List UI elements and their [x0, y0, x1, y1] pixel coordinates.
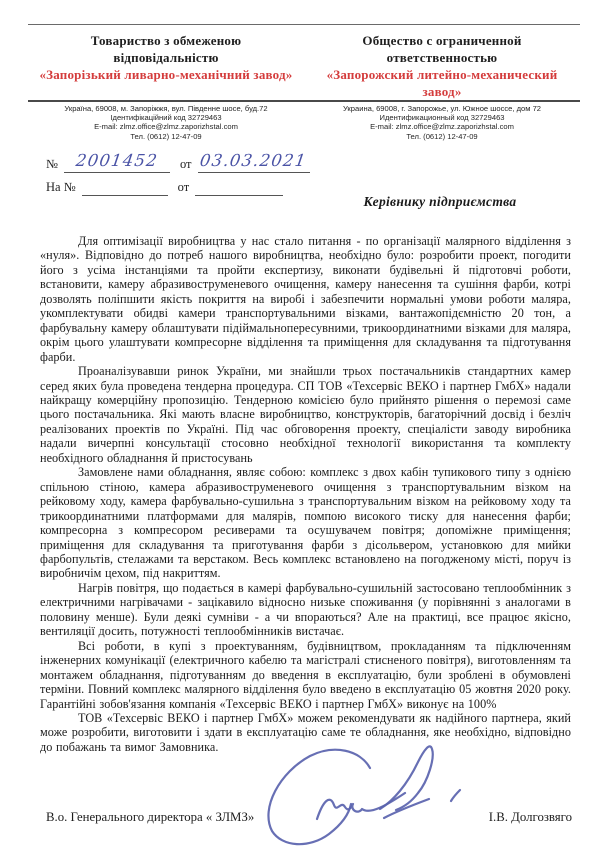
- reply-number-field: [82, 174, 168, 196]
- company-block-ukrainian: Товариство з обмеженою відповідальністю …: [28, 32, 304, 100]
- signer-name: І.В. Долгозвяго: [489, 810, 576, 825]
- outgoing-date-field: 03.03.2021: [198, 151, 310, 173]
- letterhead: Товариство з обмеженою відповідальністю …: [28, 32, 580, 100]
- reply-date-field: [195, 174, 283, 196]
- outgoing-number-field: 2001452: [64, 151, 170, 173]
- letter-body: Для оптимізації виробництва у нас стало …: [40, 234, 571, 754]
- company-type-ru: Общество с ограниченной ответственностью: [314, 32, 570, 66]
- address-uk: Україна, 69008, м. Запоріжжя, вул. Півде…: [32, 104, 300, 113]
- company-name-uk: «Запорізький ливарно-механічний завод»: [38, 66, 294, 83]
- outgoing-number-row: № 2001452 от 03.03.2021: [46, 150, 326, 173]
- scanned-letter-page: Товариство з обмеженою відповідальністю …: [0, 0, 609, 863]
- signer-position: В.о. Генерального директора « ЗЛМЗ»: [46, 810, 254, 825]
- paragraph-5: Всі роботи, в купі з проектуванням, буді…: [40, 639, 571, 711]
- paragraph-1: Для оптимізації виробництва у нас стало …: [40, 234, 571, 364]
- company-type-uk: Товариство з обмеженою відповідальністю: [38, 32, 294, 66]
- phone-uk: Тел. (0612) 12-47-09: [32, 132, 300, 141]
- company-name-ru: «Запорожский литейно-механический завод»: [314, 66, 570, 100]
- id-code-uk: Ідентифікаційний код 32729463: [32, 113, 300, 122]
- paragraph-6: ТОВ «Техсервіс ВЕКО і партнер ГмбХ» може…: [40, 711, 571, 754]
- reply-number-row: На № от: [46, 173, 326, 196]
- handwritten-number: 2001452: [75, 151, 160, 171]
- from-label: от: [180, 157, 198, 173]
- contacts: Україна, 69008, м. Запоріжжя, вул. Півде…: [28, 104, 580, 141]
- company-block-russian: Общество с ограниченной ответственностью…: [304, 32, 580, 100]
- contact-block-russian: Украина, 69008, г. Запорожье, ул. Южное …: [304, 104, 580, 141]
- address-ru: Украина, 69008, г. Запорожье, ул. Южное …: [308, 104, 576, 113]
- phone-ru: Тел. (0612) 12-47-09: [308, 132, 576, 141]
- paragraph-2: Проаналізувавши ринок України, ми знайшл…: [40, 364, 571, 465]
- top-divider: [28, 24, 580, 25]
- email-ru: E-mail: zlmz.office@zlmz.zaporizhstal.co…: [308, 122, 576, 131]
- reference-block: № 2001452 от 03.03.2021 На № от: [46, 150, 326, 196]
- handwritten-date: 03.03.2021: [199, 151, 308, 171]
- paragraph-4: Нагрів повітря, що подається в камері фа…: [40, 581, 571, 639]
- reply-label: На №: [46, 180, 82, 196]
- letterhead-divider: [28, 100, 580, 102]
- contact-block-ukrainian: Україна, 69008, м. Запоріжжя, вул. Півде…: [28, 104, 304, 141]
- id-code-ru: Идентификационный код 32729463: [308, 113, 576, 122]
- email-uk: E-mail: zlmz.office@zlmz.zaporizhstal.co…: [32, 122, 300, 131]
- recipient-line: Керівнику підприємства: [300, 194, 580, 210]
- signature-row: В.о. Генерального директора « ЗЛМЗ» І.В.…: [46, 810, 576, 825]
- paragraph-3: Замовлене нами обладнання, являє собою: …: [40, 465, 571, 581]
- reply-from-label: от: [178, 180, 196, 196]
- number-label: №: [46, 157, 64, 173]
